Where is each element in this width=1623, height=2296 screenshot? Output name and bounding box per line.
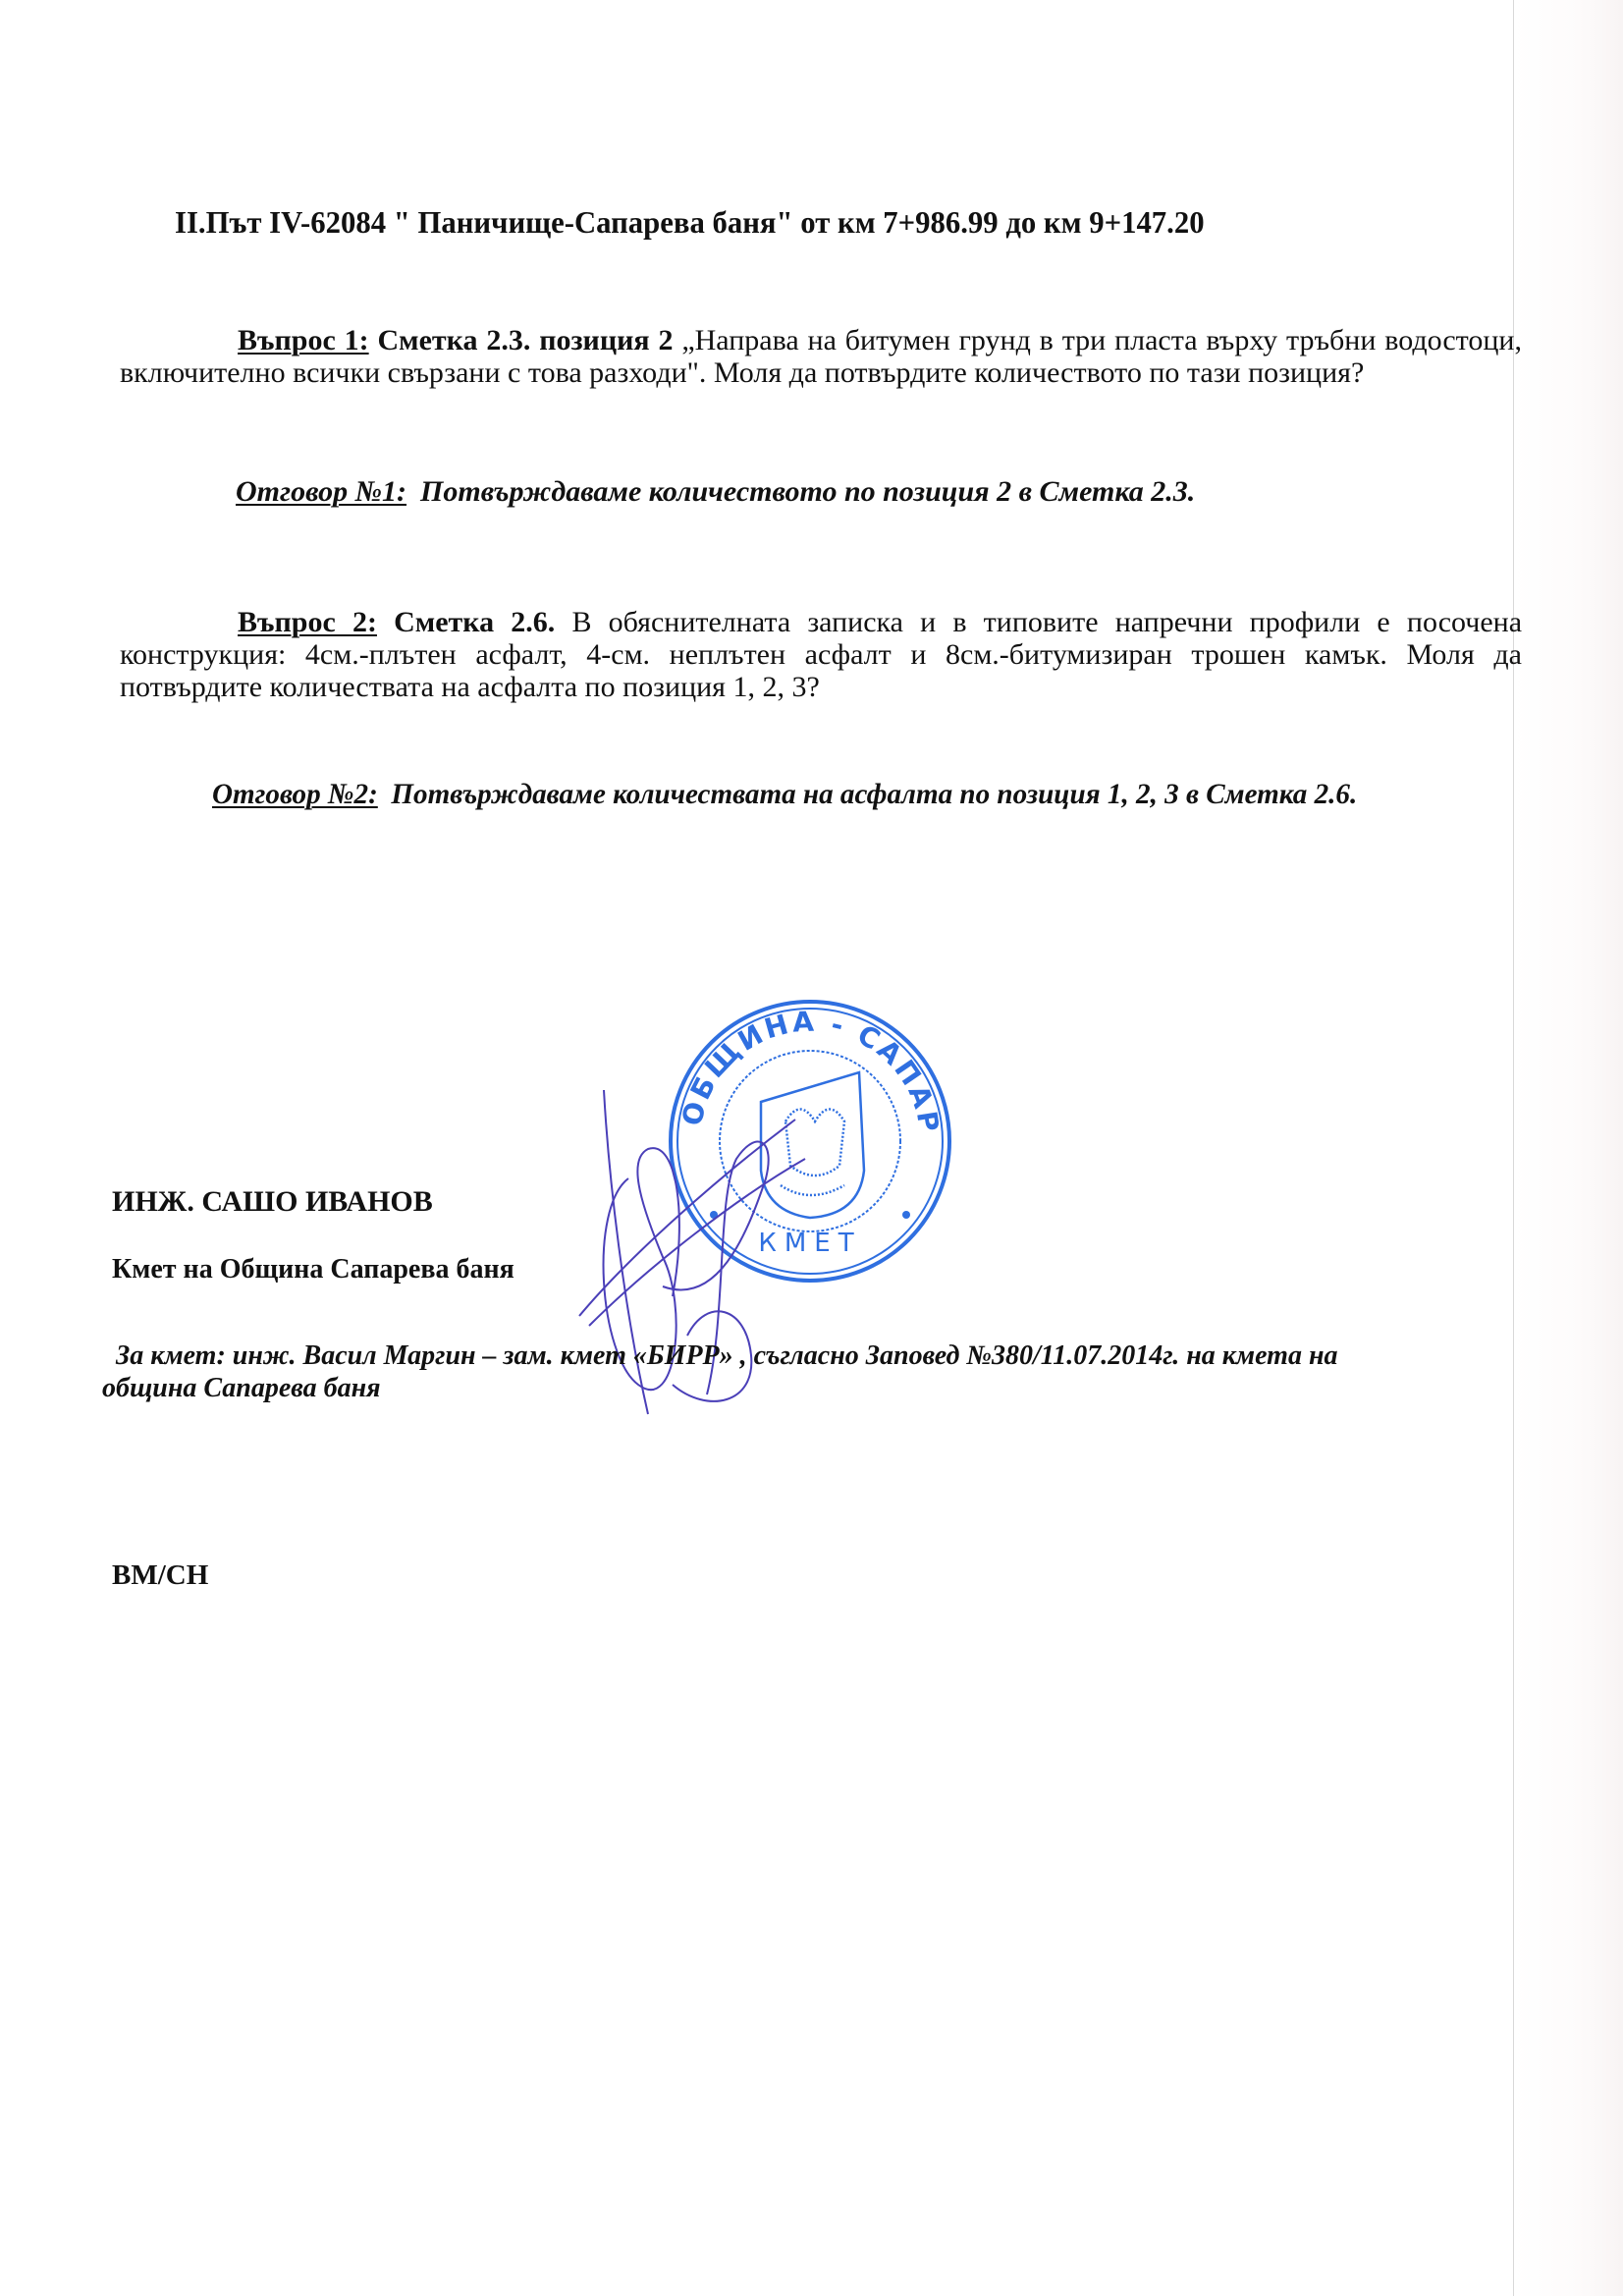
deputy-authorization: За кмет: инж. Васил Маргин – зам. кмет «…: [102, 1339, 1508, 1404]
answer-2-text: Потвърждаваме количествата на асфалта по…: [391, 778, 1357, 810]
answer-1: Отговор №1:Потвърждаваме количеството по…: [236, 475, 1195, 509]
question-2: Въпрос 2: Сметка 2.6. В обяснителната за…: [120, 606, 1522, 703]
document-title: II.Път IV-62084 " Паничище-Сапарева баня…: [175, 204, 1306, 241]
answer-1-text: Потвърждаваме количеството по позиция 2 …: [420, 475, 1195, 508]
signatory-role: Кмет на Община Сапарева баня: [112, 1254, 514, 1285]
question-2-label: Въпрос 2:: [238, 606, 377, 638]
question-2-reference: Сметка 2.6.: [394, 606, 555, 638]
question-1: Въпрос 1: Сметка 2.3. позиция 2 „Направа…: [120, 324, 1522, 389]
answer-2-label: Отговор №2:: [212, 778, 378, 810]
question-1-label: Въпрос 1:: [238, 324, 369, 356]
deputy-line-1: За кмет: инж. Васил Маргин – зам. кмет «…: [116, 1340, 1338, 1371]
question-1-reference: Сметка 2.3. позиция 2: [378, 324, 674, 356]
answer-2: Отговор №2:Потвърждаваме количествата на…: [212, 778, 1357, 811]
deputy-line-2: община Сапарева баня: [102, 1373, 381, 1403]
scan-margin: [1514, 0, 1623, 2296]
signatory-name: ИНЖ. САШО ИВАНОВ: [112, 1185, 433, 1219]
answer-1-label: Отговор №1:: [236, 475, 406, 508]
author-initials: ВМ/СН: [112, 1559, 208, 1592]
